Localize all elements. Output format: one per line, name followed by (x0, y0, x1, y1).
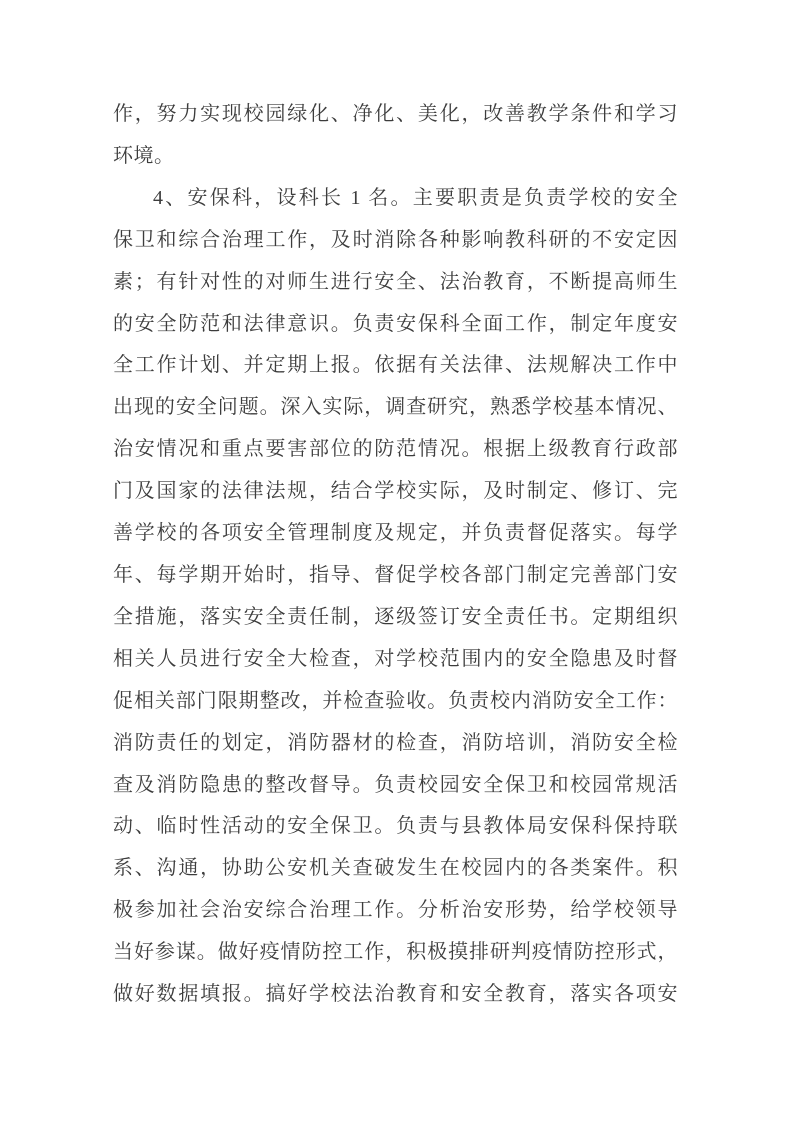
text-line: 善学校的各项安全管理制度及规定，并负责督促落实。每学 (113, 513, 678, 555)
text-line: 促相关部门限期整改，并检查验收。负责校内消防安全工作： (113, 681, 678, 723)
text-line: 相关人员进行安全大检查，对学校范围内的安全隐患及时督 (113, 639, 678, 681)
text-line: 门及国家的法律法规，结合学校实际，及时制定、修订、完 (113, 471, 678, 513)
text-line: 出现的安全问题。深入实际，调查研究，熟悉学校基本情况、 (113, 387, 678, 429)
text-line: 动、临时性活动的安全保卫。负责与县教体局安保科保持联 (113, 806, 678, 848)
text-line: 的安全防范和法律意识。负责安保科全面工作，制定年度安 (113, 304, 678, 346)
text-line: 消防责任的划定，消防器材的检查，消防培训，消防安全检 (113, 723, 678, 765)
text-line: 当好参谋。做好疫情防控工作，积极摸排研判疫情防控形式， (113, 932, 678, 974)
text-line: 做好数据填报。搞好学校法治教育和安全教育，落实各项安 (113, 974, 678, 1016)
text-line: 保卫和综合治理工作，及时消除各种影响教科研的不安定因 (113, 220, 678, 262)
text-line: 作，努力实现校园绿化、净化、美化，改善教学条件和学习 (113, 94, 678, 136)
document-page: 作，努力实现校园绿化、净化、美化，改善教学条件和学习环境。4、安保科，设科长 1… (0, 0, 793, 1122)
text-line: 系、沟通，协助公安机关查破发生在校园内的各类案件。积 (113, 848, 678, 890)
text-line: 素；有针对性的对师生进行安全、法治教育，不断提高师生 (113, 262, 678, 304)
text-line: 环境。 (113, 136, 678, 178)
text-line: 全措施，落实安全责任制，逐级签订安全责任书。定期组织 (113, 597, 678, 639)
text-line: 4、安保科，设科长 1 名。主要职责是负责学校的安全 (113, 178, 678, 220)
text-line: 查及消防隐患的整改督导。负责校园安全保卫和校园常规活 (113, 765, 678, 807)
text-line: 极参加社会治安综合治理工作。分析治安形势，给学校领导 (113, 890, 678, 932)
text-line: 治安情况和重点要害部位的防范情况。根据上级教育行政部 (113, 429, 678, 471)
text-line: 年、每学期开始时，指导、督促学校各部门制定完善部门安 (113, 555, 678, 597)
text-line: 全工作计划、并定期上报。依据有关法律、法规解决工作中 (113, 345, 678, 387)
document-body: 作，努力实现校园绿化、净化、美化，改善教学条件和学习环境。4、安保科，设科长 1… (113, 94, 678, 1016)
